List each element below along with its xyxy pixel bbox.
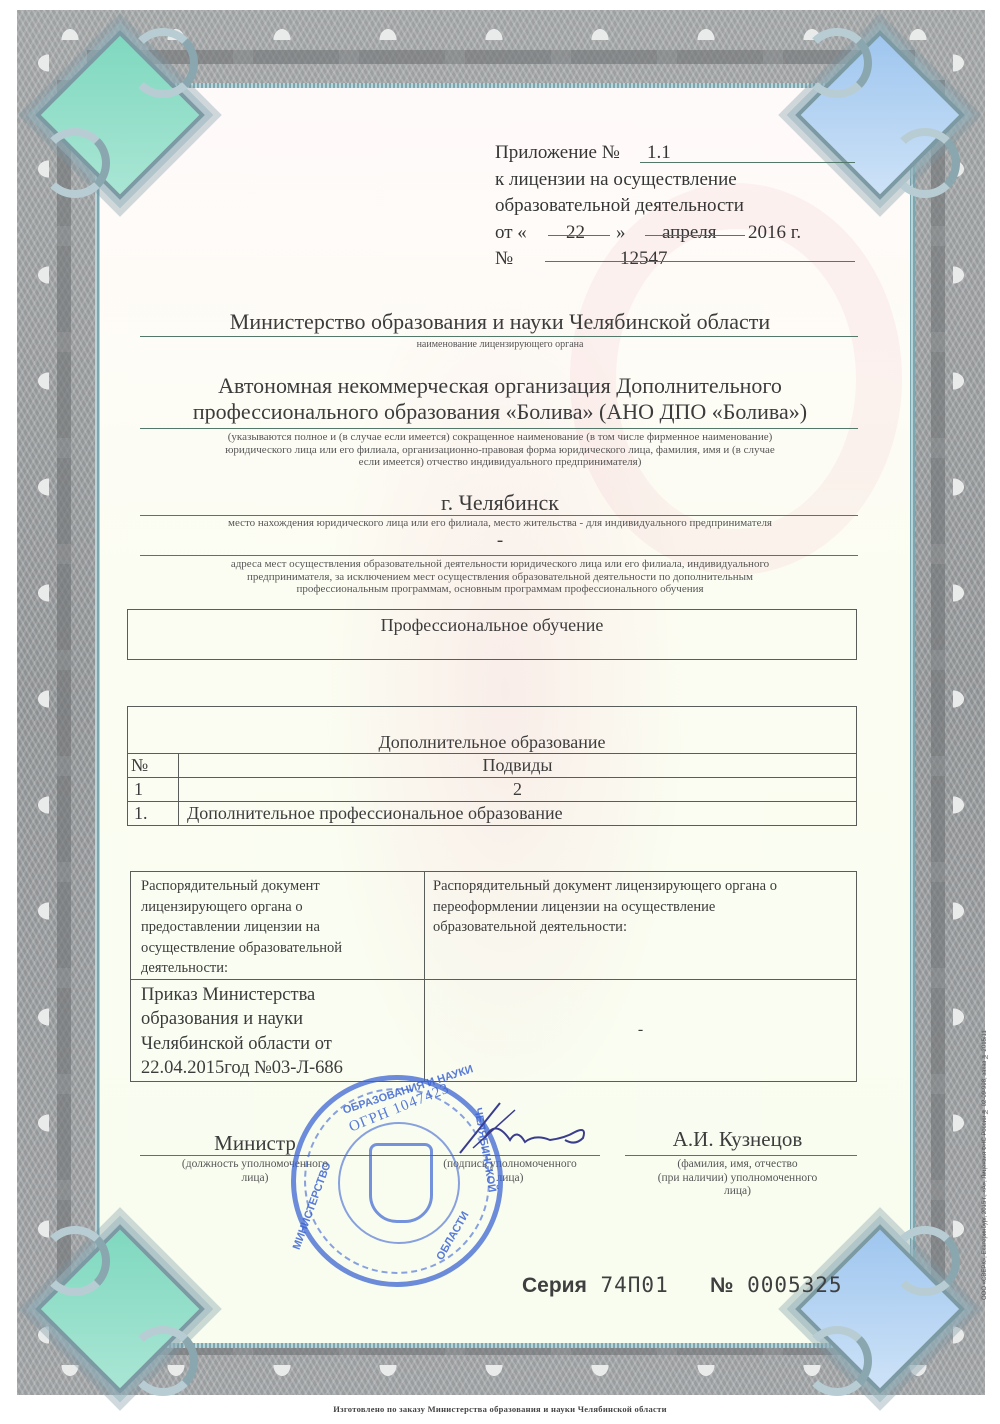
caption-line: лица): [615, 1185, 860, 1199]
stamp-left-text: МИНИСТЕРСТВО: [291, 1161, 334, 1252]
organization-caption: (указываются полное и (в случае если име…: [140, 431, 860, 469]
underline: [545, 261, 855, 262]
addresses-caption: адреса мест осуществления образовательно…: [140, 558, 860, 596]
addresses-value: -: [140, 530, 860, 552]
scroll-ornament-icon: [128, 1326, 198, 1396]
column-number: 2: [179, 778, 857, 802]
header-line: переоформлении лицензии на осуществление: [433, 897, 848, 918]
order-line: Челябинской области от: [141, 1032, 418, 1057]
row-subtype: Дополнительное профессиональное образова…: [179, 802, 857, 826]
underline: [140, 428, 858, 429]
row-number: 1.: [128, 802, 179, 826]
header-line: образовательной деятельности:: [433, 917, 848, 938]
frame-band-right: [931, 80, 945, 1325]
appendix-header: Приложение № 1.1 к лицензии на осуществл…: [495, 140, 744, 273]
header-line: лицензирующего органа о: [141, 897, 416, 918]
additional-education-title: Дополнительное образование: [128, 707, 857, 754]
table-column-numbers-row: 1 2: [128, 778, 857, 802]
licensing-body-caption: наименование лицензирующего органа: [140, 339, 860, 352]
scroll-ornament-icon: [128, 28, 198, 98]
grant-order-header: Распорядительный документ лицензирующего…: [131, 872, 425, 980]
license-year: 2016 г.: [748, 220, 801, 247]
additional-education-table: Дополнительное образование № Подвиды 1 2…: [127, 706, 857, 826]
series-label: Серия: [522, 1274, 587, 1297]
header-line: деятельности:: [141, 958, 416, 979]
header-line: Распорядительный документ: [141, 876, 416, 897]
header-line: предоставлении лицензии на: [141, 917, 416, 938]
scroll-ornament-icon: [802, 28, 872, 98]
column-header-subtypes: Подвиды: [179, 754, 857, 778]
location-value: г. Челябинск: [140, 490, 860, 516]
column-number: 1: [128, 778, 179, 802]
caption-line: (указываются полное и (в случае если име…: [140, 431, 860, 444]
date-mid: »: [616, 220, 626, 247]
caption-line: (при наличии) уполномоченного: [615, 1172, 860, 1186]
form-number: № 0005325: [710, 1273, 843, 1298]
license-number: 12547: [620, 246, 668, 273]
underline: [548, 235, 610, 236]
license-day: 22: [566, 220, 585, 247]
caption-line: профессиональным программам, основным пр…: [140, 583, 860, 596]
number-value: 0005325: [747, 1273, 843, 1297]
series-value: 74П01: [601, 1273, 669, 1297]
professional-training-table: Профессиональное обучение: [127, 609, 857, 660]
coat-of-arms-icon: [369, 1143, 433, 1223]
frame-band-left: [57, 80, 71, 1325]
signature-icon: [455, 1098, 595, 1158]
caption-line: (фамилия, имя, отчество: [615, 1158, 860, 1172]
underline: [140, 515, 858, 516]
frame-wave-left: [23, 10, 49, 1395]
scroll-ornament-icon: [802, 1326, 872, 1396]
number-label: №: [710, 1274, 733, 1297]
date-prefix: от «: [495, 222, 527, 243]
reissue-order-header: Распорядительный документ лицензирующего…: [425, 872, 857, 980]
underline: [140, 555, 858, 556]
caption-line: если имеется) отчество индивидуального п…: [140, 456, 860, 469]
orders-table: Распорядительный документ лицензирующего…: [130, 871, 857, 1082]
organization-line2: профессионального образования «Болива» (…: [140, 399, 860, 425]
scroll-ornament-icon: [890, 128, 960, 198]
caption-line: юридического лица или его филиала, орган…: [140, 444, 860, 457]
location-caption: место нахождения юридического лица или е…: [140, 517, 860, 530]
reissue-order-value: -: [425, 979, 857, 1081]
order-line: Приказ Министерства: [141, 983, 418, 1008]
grant-order-value: Приказ Министерства образования и науки …: [131, 979, 425, 1081]
appendix-line3: образовательной деятельности: [495, 193, 744, 220]
order-line: образования и науки: [141, 1007, 418, 1032]
frame-wave-right: [953, 10, 979, 1395]
appendix-label: Приложение №: [495, 142, 620, 163]
underline: [640, 162, 855, 163]
table-header-row: № Подвиды: [128, 754, 857, 778]
license-no-label: №: [495, 248, 513, 269]
printer-imprint: ООО «СВЕРК», Екатеринбург, 2015 г., «А»,…: [982, 940, 992, 1300]
professional-training-title: Профессиональное обучение: [128, 610, 857, 660]
caption-line: предпринимателя, за исключением мест осу…: [140, 571, 860, 584]
header-line: осуществление образовательной: [141, 938, 416, 959]
scroll-ornament-icon: [890, 1226, 960, 1296]
signer-name: А.И. Кузнецов: [615, 1127, 860, 1152]
organization-name: Автономная некоммерческая организация До…: [140, 373, 860, 425]
underline: [645, 235, 745, 236]
scroll-ornament-icon: [40, 128, 110, 198]
underline: [625, 1155, 857, 1156]
organization-line1: Автономная некоммерческая организация До…: [140, 373, 860, 399]
table-row: 1. Дополнительное профессиональное образ…: [128, 802, 857, 826]
column-header-no: №: [128, 754, 179, 778]
appendix-line2: к лицензии на осуществление: [495, 167, 744, 194]
form-series: Серия 74П01: [522, 1273, 669, 1298]
footer-imprint: Изготовлено по заказу Министерства образ…: [0, 1404, 1000, 1414]
underline: [140, 336, 858, 337]
caption-line: адреса мест осуществления образовательно…: [140, 558, 860, 571]
header-line: Распорядительный документ лицензирующего…: [433, 876, 848, 897]
name-caption: (фамилия, имя, отчество (при наличии) уп…: [615, 1158, 860, 1199]
licensing-body-name: Министерство образования и науки Челябин…: [140, 309, 860, 335]
frame-band-top: [87, 50, 915, 64]
license-month: апреля: [662, 220, 717, 247]
scroll-ornament-icon: [40, 1226, 110, 1296]
